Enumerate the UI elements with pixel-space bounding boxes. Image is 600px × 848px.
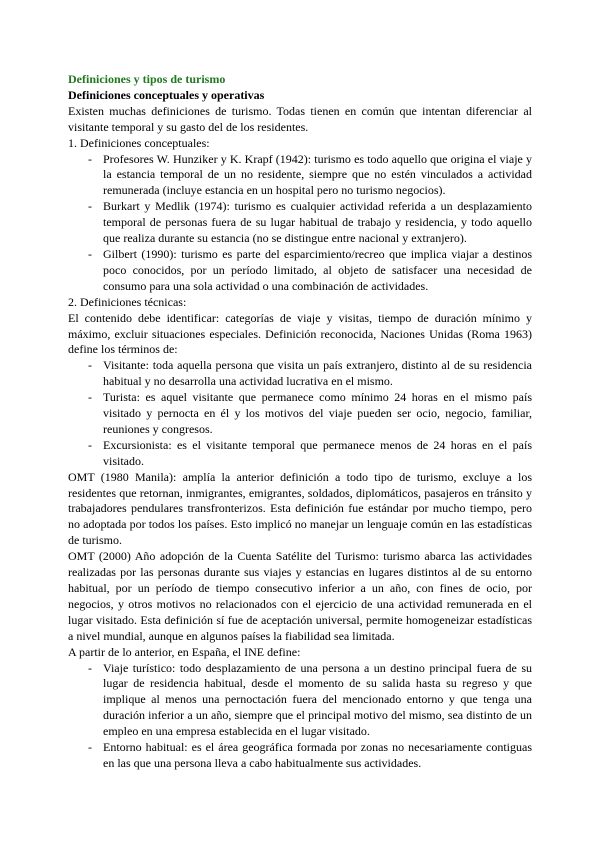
doc-subtitle: Definiciones conceptuales y operativas: [68, 88, 532, 104]
technical-definitions-list: - Visitante: toda aquella persona que vi…: [68, 358, 532, 469]
list-item-text: Burkart y Medlik (1974): turismo es cual…: [103, 199, 532, 245]
ine-intro-paragraph: A partir de lo anterior, en España, el I…: [68, 645, 532, 661]
list-item: - Excursionista: es el visitante tempora…: [68, 438, 532, 470]
document-page: Definiciones y tipos de turismo Definici…: [0, 0, 600, 848]
list-item: - Turista: es aquel visitante que perman…: [68, 390, 532, 438]
list-item-text: Excursionista: es el visitante temporal …: [103, 438, 532, 468]
bullet-dash: -: [88, 152, 92, 168]
bullet-dash: -: [88, 247, 92, 263]
list-item: - Visitante: toda aquella persona que vi…: [68, 358, 532, 390]
ine-definitions-list: - Viaje turístico: todo desplazamiento d…: [68, 661, 532, 772]
bullet-dash: -: [88, 199, 92, 215]
bullet-dash: -: [88, 390, 92, 406]
list-item: - Gilbert (1990): turismo es parte del e…: [68, 247, 532, 295]
bullet-dash: -: [88, 438, 92, 454]
list-item-text: Entorno habitual: es el área geográfica …: [103, 740, 532, 770]
section2-intro: El contenido debe identificar: categoría…: [68, 311, 532, 359]
list-item: - Burkart y Medlik (1974): turismo es cu…: [68, 199, 532, 247]
list-item-text: Gilbert (1990): turismo es parte del esp…: [103, 247, 532, 293]
document-content: Definiciones y tipos de turismo Definici…: [0, 0, 600, 772]
list-item: - Profesores W. Hunziker y K. Krapf (194…: [68, 152, 532, 200]
doc-title: Definiciones y tipos de turismo: [68, 72, 532, 88]
list-item-text: Viaje turístico: todo desplazamiento de …: [103, 661, 532, 739]
bullet-dash: -: [88, 661, 92, 677]
omt-1980-paragraph: OMT (1980 Manila): amplía la anterior de…: [68, 470, 532, 550]
list-item-text: Turista: es aquel visitante que permanec…: [103, 390, 532, 436]
conceptual-definitions-list: - Profesores W. Hunziker y K. Krapf (194…: [68, 152, 532, 295]
list-item: - Entorno habitual: es el área geográfic…: [68, 740, 532, 772]
list-item-text: Profesores W. Hunziker y K. Krapf (1942)…: [103, 152, 532, 198]
section2-heading: 2. Definiciones técnicas:: [68, 295, 532, 311]
list-item-text: Visitante: toda aquella persona que visi…: [103, 358, 532, 388]
bullet-dash: -: [88, 358, 92, 374]
bullet-dash: -: [88, 740, 92, 756]
omt-2000-paragraph: OMT (2000) Año adopción de la Cuenta Sat…: [68, 549, 532, 644]
intro-paragraph: Existen muchas definiciones de turismo. …: [68, 104, 532, 136]
list-item: - Viaje turístico: todo desplazamiento d…: [68, 661, 532, 741]
section1-heading: 1. Definiciones conceptuales:: [68, 136, 532, 152]
